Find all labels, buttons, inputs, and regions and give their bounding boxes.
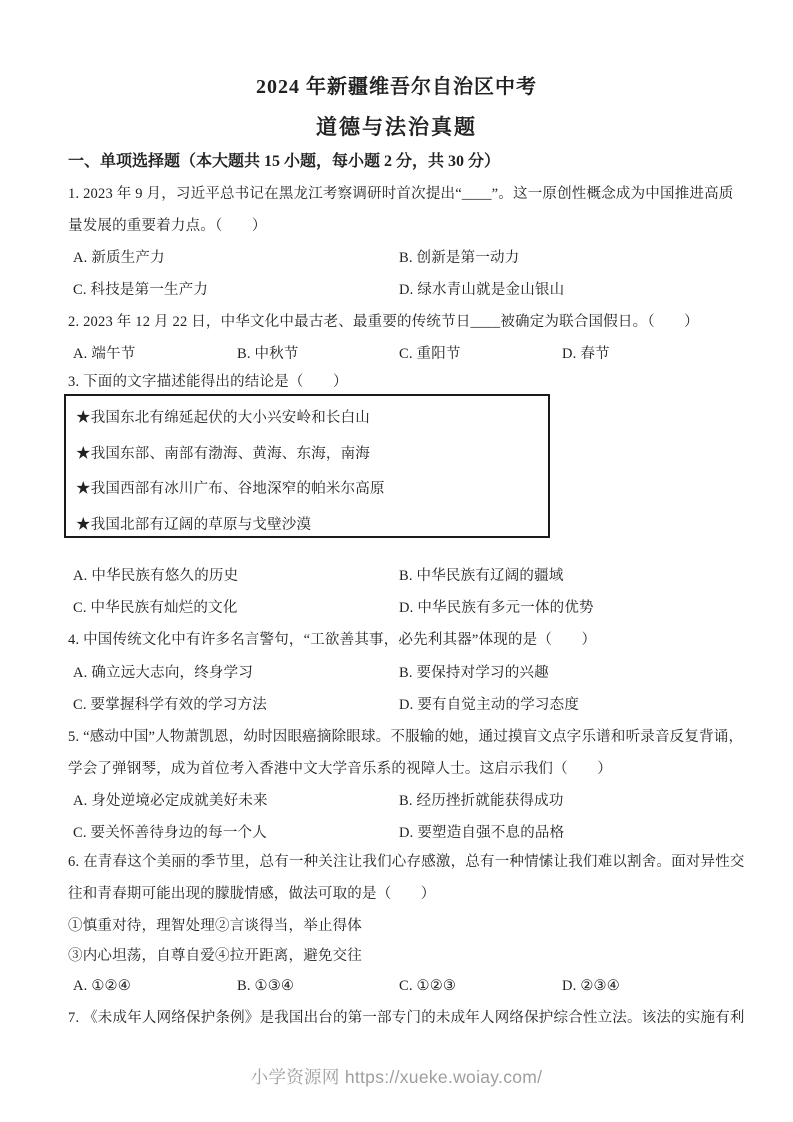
- q6-option-d: D. ②③④: [562, 976, 620, 996]
- q3-option-d: D. 中华民族有多元一体的优势: [399, 598, 594, 618]
- info-box-item: ★我国西部有冰川广布、谷地深窄的帕米尔高原: [76, 472, 548, 508]
- q6-statements-line2: ③内心坦荡，自尊自爱④拉开距离，避免交往: [68, 946, 730, 966]
- q1-option-d: D. 绿水青山就是金山银山: [399, 280, 564, 300]
- q4-option-a: A. 确立远大志向，终身学习: [73, 663, 253, 683]
- q3-option-a: A. 中华民族有悠久的历史: [73, 566, 238, 586]
- q4-option-c: C. 要掌握科学有效的学习方法: [73, 695, 267, 715]
- q2-option-b: B. 中秋节: [237, 344, 299, 364]
- q6-statements-line1: ①慎重对待，理智处理②言谈得当，举止得体: [68, 916, 730, 936]
- section-heading: 一、单项选择题（本大题共 15 小题，每小题 2 分，共 30 分）: [68, 148, 730, 171]
- info-box-item: ★我国东北有绵延起伏的大小兴安岭和长白山: [76, 401, 548, 437]
- q6-option-c: C. ①②③: [399, 976, 456, 996]
- q4-option-d: D. 要有自觉主动的学习态度: [399, 695, 579, 715]
- watermark-footer: 小学资源网 https://xueke.woiay.com/: [0, 1064, 793, 1089]
- q5-option-b: B. 经历挫折就能获得成功: [399, 791, 564, 811]
- q3-option-c: C. 中华民族有灿烂的文化: [73, 598, 238, 618]
- q1-option-a: A. 新质生产力: [73, 248, 165, 268]
- q2-option-d: D. 春节: [562, 344, 610, 364]
- q2-text-line1: 2. 2023 年 12 月 22 日，中华文化中最古老、最重要的传统节日___…: [68, 312, 730, 332]
- info-box-item: ★我国东部、南部有渤海、黄海、东海，南海: [76, 437, 548, 473]
- q6-text-line2: 往和青春期可能出现的朦胧情感，做法可取的是（ ）: [68, 884, 730, 904]
- info-box-item: ★我国北部有辽阔的草原与戈壁沙漠: [76, 508, 548, 544]
- exam-title: 2024 年新疆维吾尔自治区中考: [0, 70, 793, 99]
- q5-text-line2: 学会了弹钢琴，成为首位考入香港中文大学音乐系的视障人士。这启示我们（ ）: [68, 759, 730, 779]
- q1-option-c: C. 科技是第一生产力: [73, 280, 208, 300]
- q7-text-line1: 7. 《未成年人网络保护条例》是我国出台的第一部专门的未成年人网络保护综合性立法…: [68, 1008, 730, 1028]
- q6-text-line1: 6. 在青春这个美丽的季节里，总有一种关注让我们心存感激，总有一种情愫让我们难以…: [68, 852, 730, 872]
- q4-option-b: B. 要保持对学习的兴趣: [399, 663, 549, 683]
- q1-text-line1: 1. 2023 年 9 月，习近平总书记在黑龙江考察调研时首次提出“____”。…: [68, 184, 730, 204]
- q5-option-a: A. 身处逆境必定成就美好未来: [73, 791, 268, 811]
- q1-option-b: B. 创新是第一动力: [399, 248, 519, 268]
- exam-document-page: 2024 年新疆维吾尔自治区中考 道德与法治真题 一、单项选择题（本大题共 15…: [0, 0, 793, 1122]
- q5-text-line1: 5. “感动中国”人物萧凯恩，幼时因眼癌摘除眼球。不服输的她，通过摸盲文点字乐谱…: [68, 727, 730, 747]
- q3-option-b: B. 中华民族有辽阔的疆域: [399, 566, 564, 586]
- exam-subtitle: 道德与法治真题: [0, 111, 793, 141]
- q3-info-box: ★我国东北有绵延起伏的大小兴安岭和长白山 ★我国东部、南部有渤海、黄海、东海，南…: [64, 394, 550, 538]
- q5-option-c: C. 要关怀善待身边的每一个人: [73, 823, 267, 843]
- q6-option-a: A. ①②④: [73, 976, 131, 996]
- q2-option-c: C. 重阳节: [399, 344, 461, 364]
- q3-text-line1: 3. 下面的文字描述能得出的结论是（ ）: [68, 372, 730, 392]
- q4-text-line1: 4. 中国传统文化中有许多名言警句，“工欲善其事，必先利其器”体现的是（ ）: [68, 630, 730, 650]
- q5-option-d: D. 要塑造自强不息的品格: [399, 823, 564, 843]
- q6-option-b: B. ①③④: [237, 976, 294, 996]
- q1-text-line2: 量发展的重要着力点。（ ）: [68, 216, 730, 236]
- q2-option-a: A. 端午节: [73, 344, 135, 364]
